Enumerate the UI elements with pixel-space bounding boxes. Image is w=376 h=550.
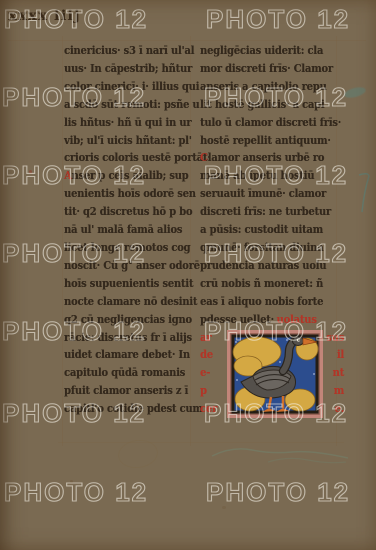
text-line: qmunē· forsitan diuina xyxy=(200,239,344,257)
text-line: lis hñtus· hñ ū qui in ur xyxy=(64,114,195,132)
text-line: lit hostē gallicis· a capi xyxy=(200,96,344,114)
rubric-fragment-left: p xyxy=(200,382,207,400)
text-line: cinericius· s3 ī narī ul'al xyxy=(64,42,195,60)
text-line: discreti frīs: ne turbetur xyxy=(200,203,344,221)
photo12-watermark: PHOTO 12 xyxy=(206,4,350,35)
text-line: hostē repellit antiquum· xyxy=(200,132,344,150)
rubric-intro-red: uolatus xyxy=(277,313,317,326)
text-line: nocte clamare nō desinit xyxy=(64,293,195,311)
text-line: a pūsis: custodit uitam xyxy=(200,221,344,239)
folio-number: xxxx iiij xyxy=(8,6,81,23)
text-line: mor discreti frīs· Clamor xyxy=(200,60,344,78)
manuscript-page: xxxx iiij cinericius· s3 ī narī ul'al uu… xyxy=(0,0,376,550)
text-line: uenientis hoīs odorē sen xyxy=(64,185,195,203)
text-line: a scdō sūt remoti: psñe u xyxy=(64,96,195,114)
text-line: q2 cū negligencias igno xyxy=(64,311,195,329)
rubric-fragment-left: cer xyxy=(200,400,217,418)
text-line: uidet clamare debet· In xyxy=(64,346,195,364)
stain-speck xyxy=(70,480,73,483)
text-line: tit· q2 discretus hō p bo xyxy=(64,203,195,221)
text-line: crū nobis ñ moneret: ñ xyxy=(200,275,344,293)
pencil-scribble xyxy=(208,440,358,466)
text-line: seruauit īmunē· clamor xyxy=(200,185,344,203)
rubric-intro-black: pdesse uellet· xyxy=(200,313,274,326)
text-line: rācie: discretus fr ī alijs xyxy=(64,329,195,347)
rubric-fragment-left: e- xyxy=(200,364,210,382)
text-line: nā ul' malā famā alios xyxy=(64,221,195,239)
text-line: pfuit clamor anseris z ī xyxy=(64,382,195,400)
rubric-fragment-right: il xyxy=(337,346,344,364)
marginal-squiggle xyxy=(356,172,372,216)
ruling-line xyxy=(62,36,63,446)
teal-smudge xyxy=(343,85,367,99)
text-line: capitl'o cotidie pdest cum xyxy=(64,400,195,418)
text-line: uus· In cāpestrib; hñtur xyxy=(64,60,195,78)
text-line: color cinericī· i· illius qui xyxy=(64,78,195,96)
text-line: licet longe remotos cog xyxy=(64,239,195,257)
text-line-anser-initial: Anser p ceīs aīalib; sup xyxy=(64,167,195,185)
text-line: crioris coloris uestē portāt· xyxy=(64,149,195,167)
text-line: hoīs supuenientis sentit xyxy=(64,275,195,293)
text-line: manā ab īpetu hostiū xyxy=(200,167,344,185)
rubric-fragment-left: ar xyxy=(200,329,211,347)
rubric-fragment-right: nt xyxy=(333,364,344,382)
text-line: capitulo qūdā romanis xyxy=(64,364,195,382)
rubric-fragment-right: m xyxy=(334,382,344,400)
goose-miniature xyxy=(227,330,323,418)
text-line: noscit· Cū g° anser odorē xyxy=(64,257,195,275)
rubric-intro-line: pdesse uellet·uolatus xyxy=(200,311,344,329)
photo12-watermark: PHOTO 12 xyxy=(4,477,148,508)
text-line: anseris a capitolio repu xyxy=(200,78,344,96)
rubric-fragment-right: sus xyxy=(326,329,344,347)
goose-pupil xyxy=(298,339,300,341)
rubric-fragment-right: e. xyxy=(335,400,344,418)
ink-speck xyxy=(29,170,32,174)
text-line: prudencia naturas uolu xyxy=(200,257,344,275)
text-line: eas ī aliquo nobis forte xyxy=(200,293,344,311)
text-line: tulo ū clamor discreti frīs· xyxy=(200,114,344,132)
stain-speck xyxy=(222,506,226,509)
rubric-fragment-left: de xyxy=(200,346,213,364)
text-line: negligēcias uiderit: cla xyxy=(200,42,344,60)
text-column-left: cinericius· s3 ī narī ul'al uus· In cāpe… xyxy=(64,42,195,418)
text-line-clamor-initial: Clamor anseris urbē ro xyxy=(200,149,344,167)
text-line: vib; ul'ī uicis hñtant: pl' xyxy=(64,132,195,150)
photo12-watermark: PHOTO 12 xyxy=(206,477,350,508)
